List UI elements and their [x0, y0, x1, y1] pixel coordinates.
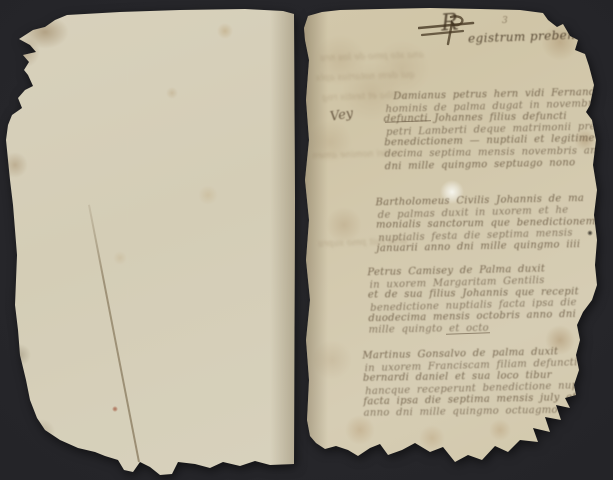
- manuscript-paragraph-1: Damianus petrus hern vidi Fernande homin…: [383, 87, 610, 173]
- manuscript-paragraph-4: Martinus Gonsalvo de palma duxit in uxor…: [362, 346, 598, 420]
- right-page-wrap: ana sto pmo de los nra qui dem notarius …: [0, 0, 613, 480]
- manuscript-scan: ana sto pmo de los nra qui dem notarius …: [0, 0, 613, 480]
- folio-number: 3: [502, 16, 508, 26]
- header-initial-letter: R: [440, 9, 459, 36]
- manuscript-paragraph-3: Petrus Camisey de Palma duxit in uxorem …: [367, 263, 579, 337]
- right-page: ana sto pmo de los nra qui dem notarius …: [0, 0, 613, 480]
- manuscript-line: anno dni mille quingmo octuagmo: [364, 404, 598, 419]
- manuscript-paragraph-2: Bartholomeus Civilis Johannis de ma de p…: [375, 193, 596, 256]
